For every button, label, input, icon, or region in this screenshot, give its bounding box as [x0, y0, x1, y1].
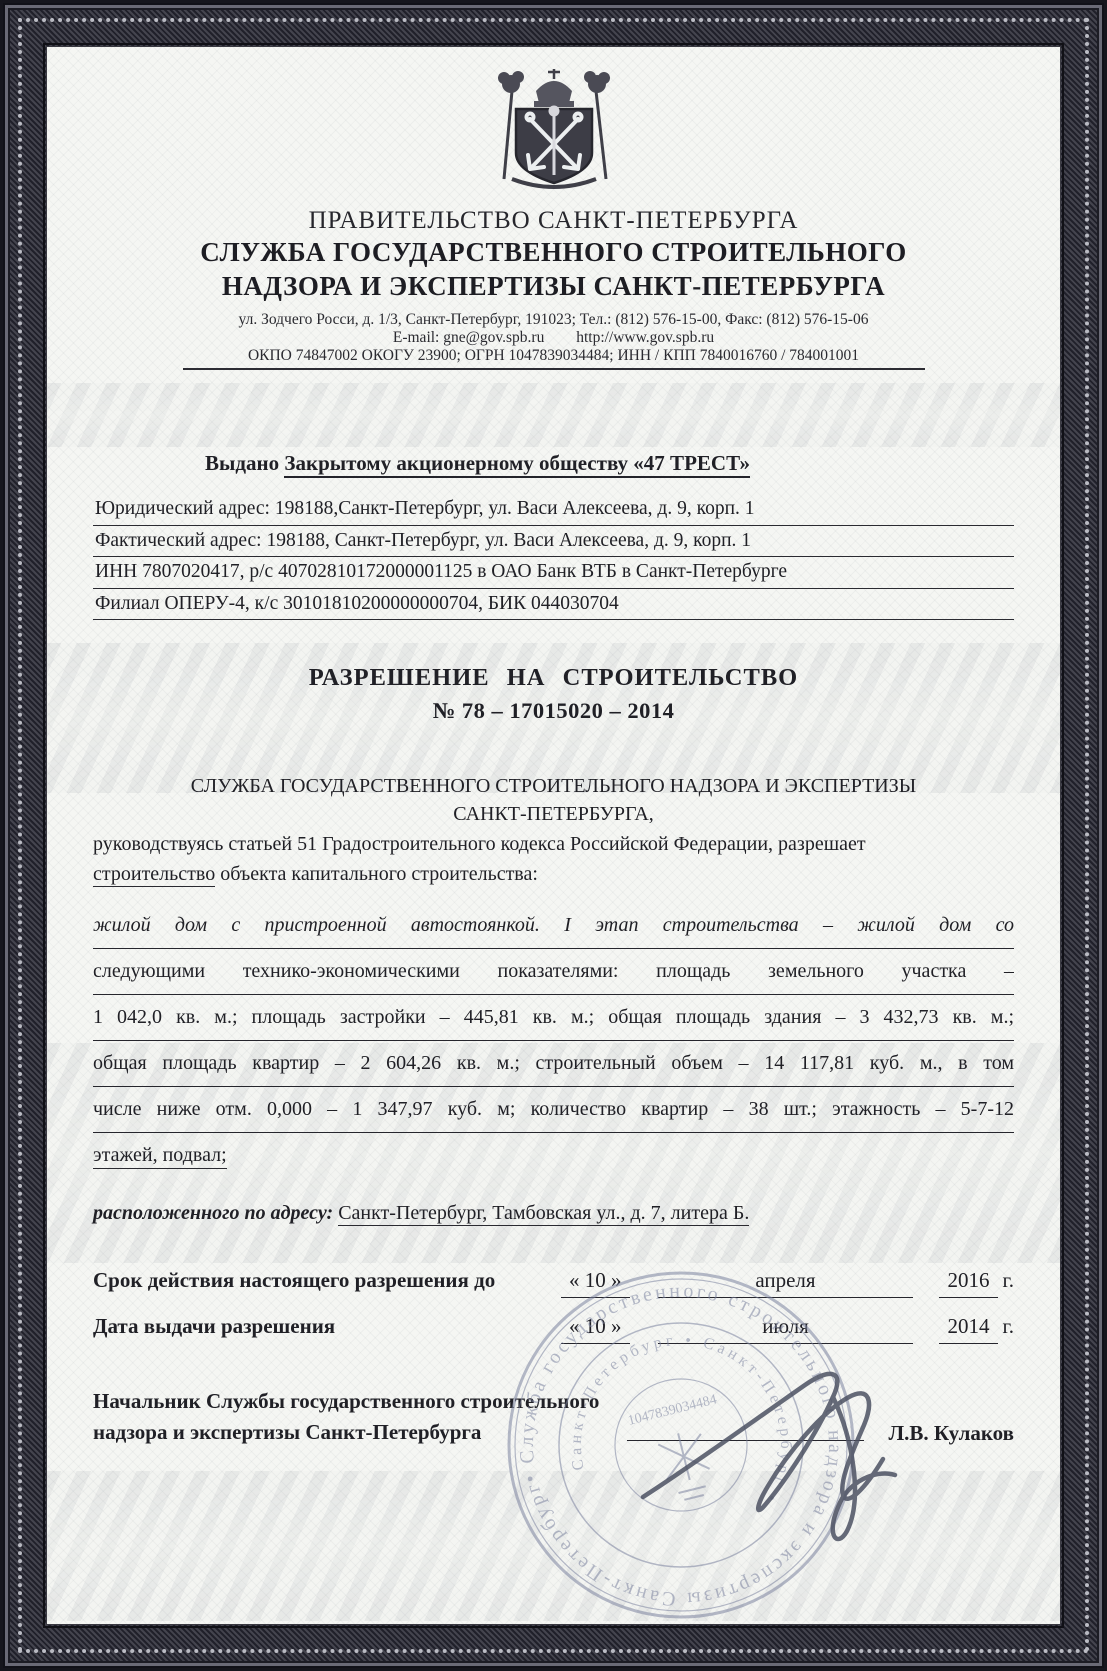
- object-line: числе ниже отм. 0,000 – 1 347,97 куб. м;…: [93, 1087, 1014, 1133]
- issued-to-row: Выдано Закрытому акционерному обществу «…: [93, 448, 1014, 478]
- handwritten-signature: [633, 1347, 933, 1557]
- government-title: ПРАВИТЕЛЬСТВО САНКТ-ПЕТЕРБУРГА: [93, 207, 1014, 235]
- agency-contact-line: ул. Зодчего Росси, д. 1/3, Санкт-Петербу…: [93, 311, 1014, 329]
- object-line: общая площадь квартир – 2 604,26 кв. м.;…: [93, 1041, 1014, 1087]
- agency-website: http://www.gov.spb.ru: [576, 329, 714, 346]
- inn-account-line: ИНН 7807020417, р/с 40702810172000001125…: [93, 557, 1014, 589]
- location-value: Санкт-Петербург, Тамбовская ул., д. 7, л…: [338, 1202, 749, 1226]
- validity-year-suffix: г.: [1003, 1264, 1015, 1296]
- validity-label: Срок действия настоящего разрешения до: [93, 1264, 561, 1296]
- legal-basis-line: руководствуясь статьей 51 Градостроитель…: [93, 830, 1014, 860]
- issuer-line1: СЛУЖБА ГОСУДАРСТВЕННОГО СТРОИТЕЛЬНОГО НА…: [93, 772, 1014, 800]
- permit-object-phrase: объекта капитального строительства:: [215, 863, 538, 885]
- permit-action-line: строительство объекта капитального строи…: [93, 860, 1014, 890]
- location-label: расположенного по адресу:: [93, 1202, 333, 1224]
- permit-number: № 78 – 17015020 – 2014: [93, 698, 1014, 724]
- agency-name-line2: НАДЗОРА И ЭКСПЕРТИЗЫ САНКТ-ПЕТЕРБУРГА: [93, 269, 1014, 303]
- validity-year: 2016: [939, 1264, 997, 1298]
- recipient-name: Закрытому акционерному обществу «47 ТРЕС…: [284, 451, 750, 478]
- issued-label: Выдано: [205, 451, 279, 475]
- issuer-statement: СЛУЖБА ГОСУДАРСТВЕННОГО СТРОИТЕЛЬНОГО НА…: [93, 772, 1014, 828]
- agency-registry-codes: ОКПО 74847002 ОКОГУ 23900; ОГРН 10478390…: [93, 347, 1014, 365]
- object-line: следующими технико-экономическими показа…: [93, 949, 1014, 995]
- recipient-details: Юридический адрес: 198188,Санкт-Петербур…: [93, 494, 1014, 620]
- coat-of-arms-icon: [454, 57, 654, 195]
- object-line: 1 042,0 кв. м.; площадь застройки – 445,…: [93, 995, 1014, 1041]
- agency-name-line1: СЛУЖБА ГОСУДАРСТВЕННОГО СТРОИТЕЛЬНОГО: [93, 235, 1014, 269]
- agency-email-website-line: E-mail: gne@gov.spb.ru http://www.gov.sp…: [93, 329, 1014, 347]
- legal-address-line: Юридический адрес: 198188,Санкт-Петербур…: [93, 494, 1014, 526]
- construction-object-description: жилой дом с пристроенной автостоянкой. I…: [93, 903, 1014, 1178]
- branch-bik-line: Филиал ОПЕРУ-4, к/с 30101810200000000704…: [93, 589, 1014, 621]
- object-line: жилой дом с пристроенной автостоянкой. I…: [93, 903, 1014, 949]
- document-page: ПРАВИТЕЛЬСТВО САНКТ-ПЕТЕРБУРГА СЛУЖБА ГО…: [0, 0, 1107, 1671]
- paper-sheet: ПРАВИТЕЛЬСТВО САНКТ-ПЕТЕРБУРГА СЛУЖБА ГО…: [46, 46, 1061, 1625]
- permit-title: РАЗРЕШЕНИЕ НА СТРОИТЕЛЬСТВО: [93, 664, 1014, 692]
- agency-email: E-mail: gne@gov.spb.ru: [393, 329, 544, 346]
- permit-action: строительство: [93, 863, 215, 887]
- issue-date-year: 2014: [939, 1310, 997, 1344]
- location-row: расположенного по адресу: Санкт-Петербур…: [93, 1198, 1014, 1228]
- issuer-line2: САНКТ-ПЕТЕРБУРГА,: [93, 800, 1014, 828]
- object-line: этажей, подвал;: [93, 1133, 1014, 1178]
- issue-date-year-suffix: г.: [1003, 1310, 1015, 1342]
- letterhead-divider: [183, 368, 925, 370]
- legal-basis-paragraph: руководствуясь статьей 51 Градостроитель…: [93, 830, 1014, 889]
- actual-address-line: Фактический адрес: 198188, Санкт-Петербу…: [93, 526, 1014, 558]
